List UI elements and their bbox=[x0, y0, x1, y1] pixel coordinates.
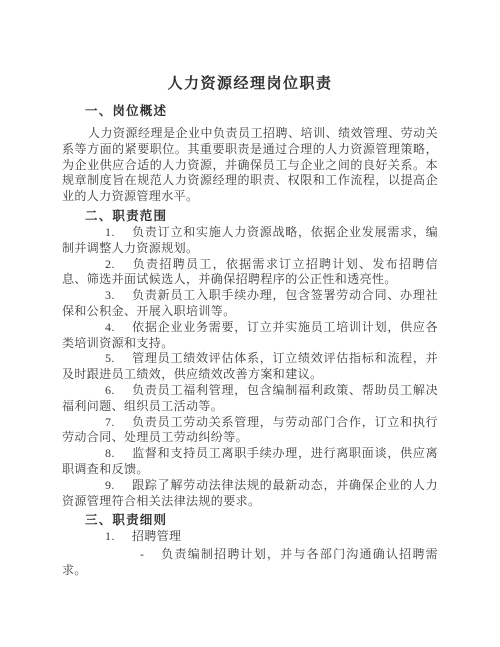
section-detail-heading: 三、职责细则 bbox=[85, 512, 438, 529]
item-text: 跟踪了解劳动法律法规的最新动态，并确保企业的人力资源管理符合相关法律法规的要求。 bbox=[62, 478, 438, 508]
item-number: 2. bbox=[105, 257, 115, 271]
item-number: 3. bbox=[105, 288, 115, 302]
item-number: 1. bbox=[105, 225, 115, 239]
item-text: 依据企业业务需要，订立并实施员工培训计划，供应各类培训资源和支持。 bbox=[62, 320, 438, 350]
item-text: 负责招聘员工，依据需求订立招聘计划、发布招聘信息、筛选并面试候选人，并确保招聘程… bbox=[62, 257, 438, 287]
item-text: 管理员工绩效评估体系，订立绩效评估指标和流程，并及时跟进员工绩效，供应绩效改善方… bbox=[62, 351, 438, 381]
item-number: 7. bbox=[105, 415, 115, 429]
section-overview-heading: 一、岗位概述 bbox=[85, 103, 438, 120]
item-number: 4. bbox=[105, 320, 115, 334]
item-number: 8. bbox=[105, 446, 115, 460]
scope-item-8: 8.监督和支持员工离职手续办理，进行离职面谈，供应离职调查和反馈。 bbox=[62, 446, 438, 478]
item-number: 5. bbox=[105, 351, 115, 365]
document-title: 人力资源经理岗位职责 bbox=[62, 74, 438, 94]
bullet-text: 负责编制招聘计划，并与各部门沟通确认招聘需求。 bbox=[62, 547, 438, 577]
detail-bullet-1: -负责编制招聘计划，并与各部门沟通确认招聘需求。 bbox=[62, 547, 438, 579]
scope-item-1: 1.负责订立和实施人力资源战略，依据企业发展需求，编制并调整人力资源规划。 bbox=[62, 225, 438, 257]
item-text: 监督和支持员工离职手续办理，进行离职面谈，供应离职调查和反馈。 bbox=[62, 446, 438, 476]
scope-item-5: 5.管理员工绩效评估体系，订立绩效评估指标和流程，并及时跟进员工绩效，供应绩效改… bbox=[62, 351, 438, 383]
scope-item-7: 7.负责员工劳动关系管理，与劳动部门合作，订立和执行劳动合同、处理员工劳动纠纷等… bbox=[62, 415, 438, 447]
dash-marker: - bbox=[140, 547, 144, 561]
item-text: 招聘管理 bbox=[132, 529, 182, 543]
document-page: 人力资源经理岗位职责 一、岗位概述 人力资源经理是企业中负责员工招聘、培训、绩效… bbox=[0, 0, 500, 647]
item-number: 6. bbox=[105, 383, 115, 397]
item-text: 负责员工劳动关系管理，与劳动部门合作，订立和执行劳动合同、处理员工劳动纠纷等。 bbox=[62, 415, 438, 445]
item-number: 1. bbox=[105, 529, 115, 543]
scope-item-4: 4.依据企业业务需要，订立并实施员工培训计划，供应各类培训资源和支持。 bbox=[62, 320, 438, 352]
item-text: 负责新员工入职手续办理，包含签署劳动合同、办理社保和公积金、开展入职培训等。 bbox=[62, 288, 438, 318]
overview-paragraph: 人力资源经理是企业中负责员工招聘、培训、绩效管理、劳动关系等方面的紧要职位。其重… bbox=[62, 126, 438, 205]
item-number: 9. bbox=[105, 478, 115, 492]
item-text: 负责订立和实施人力资源战略，依据企业发展需求，编制并调整人力资源规划。 bbox=[62, 225, 438, 255]
detail-item-1: 1.招聘管理 bbox=[62, 529, 438, 545]
item-text: 负责员工福利管理，包含编制福利政策、帮助员工解决福利问题、组织员工活动等。 bbox=[62, 383, 438, 413]
scope-item-6: 6.负责员工福利管理，包含编制福利政策、帮助员工解决福利问题、组织员工活动等。 bbox=[62, 383, 438, 415]
scope-item-9: 9.跟踪了解劳动法律法规的最新动态，并确保企业的人力资源管理符合相关法律法规的要… bbox=[62, 478, 438, 510]
section-scope-heading: 二、职责范围 bbox=[85, 208, 438, 225]
scope-item-3: 3.负责新员工入职手续办理，包含签署劳动合同、办理社保和公积金、开展入职培训等。 bbox=[62, 288, 438, 320]
scope-item-2: 2.负责招聘员工，依据需求订立招聘计划、发布招聘信息、筛选并面试候选人，并确保招… bbox=[62, 257, 438, 289]
